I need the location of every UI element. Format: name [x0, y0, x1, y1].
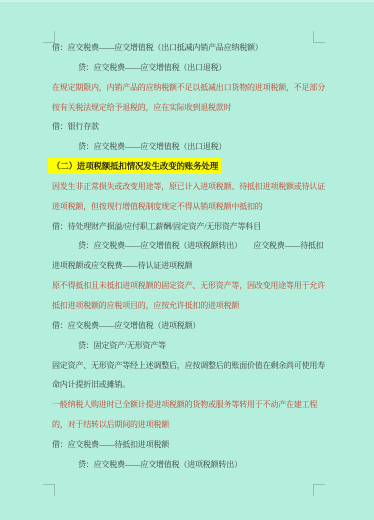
text-boundary-mark-bottom-right [313, 484, 325, 496]
text-line[interactable]: 借：应交税费——应交增值税（出口抵减内销产品应纳税额） [0, 38, 374, 58]
text-line[interactable]: 贷：应交税费——应交增值税（出口退税） [0, 58, 374, 78]
window-top-edge [0, 0, 374, 2]
text-line[interactable]: 贷：固定资产/无形资产等 [0, 336, 374, 356]
text-line[interactable]: 进项税额或应交税费——待认证进项税额 [0, 256, 374, 276]
text-line[interactable]: 贷：应交税费——应交增值税（进项税额转出） 应交税费——待抵扣 [0, 236, 374, 256]
text-line[interactable]: 抵扣进项税额的应税项目的，应按允许抵扣的进项税额 [0, 296, 374, 316]
text-line[interactable]: 命内计提折旧或摊销。 [0, 375, 374, 395]
text-line[interactable]: 按有关税法规定给予退税的，应在实际收到退税款时 [0, 98, 374, 118]
text-boundary-mark-bottom-left [43, 484, 55, 496]
text-line[interactable]: 借：应交税费——应交增值税（进项税额） [0, 316, 374, 336]
text-line[interactable]: 贷：应交税费——应交增值税（进项税额转出） [0, 455, 374, 475]
highlighted-heading-text: （二）进项税额抵扣情况发生改变的账务处理 [48, 158, 221, 174]
section-heading[interactable]: （二）进项税额抵扣情况发生改变的账务处理 [0, 157, 374, 177]
text-line[interactable]: 因发生非正常损失或改变用途等，原已计入进项税额、待抵扣进项税额或待认证 [0, 177, 374, 197]
text-line[interactable]: 原不得抵扣且未抵扣进项税额的固定资产、无形资产等，因改变用途等用于允许 [0, 276, 374, 296]
text-line[interactable]: 的，对于结转以后期间的进项税额 [0, 415, 374, 435]
text-line[interactable]: 借：待处理财产损溢/应付职工薪酬/固定资产/无形资产等科目 [0, 217, 374, 237]
text-line[interactable]: 借：应交税费——待抵扣进项税额 [0, 435, 374, 455]
text-line[interactable]: 在规定期限内，内销产品的应纳税额不足以抵减出口货物的进项税额，不足部分 [0, 78, 374, 98]
text-line[interactable]: 贷：应交税费——应交增值税（出口退税） [0, 137, 374, 157]
text-line[interactable]: 借：银行存款 [0, 117, 374, 137]
document-text-area[interactable]: 借：应交税费——应交增值税（出口抵减内销产品应纳税额）贷：应交税费——应交增值税… [0, 38, 374, 475]
text-line[interactable]: 一般纳税人购进时已全额计提进项税额的货物或服务等转用于不动产在建工程 [0, 395, 374, 415]
text-line[interactable]: 固定资产、无形资产等经上述调整后，应按调整后的账面价值在剩余尚可使用寿 [0, 356, 374, 376]
text-line[interactable]: 进项税额，但按现行增值税制度规定不得从销项税额中抵扣的 [0, 197, 374, 217]
